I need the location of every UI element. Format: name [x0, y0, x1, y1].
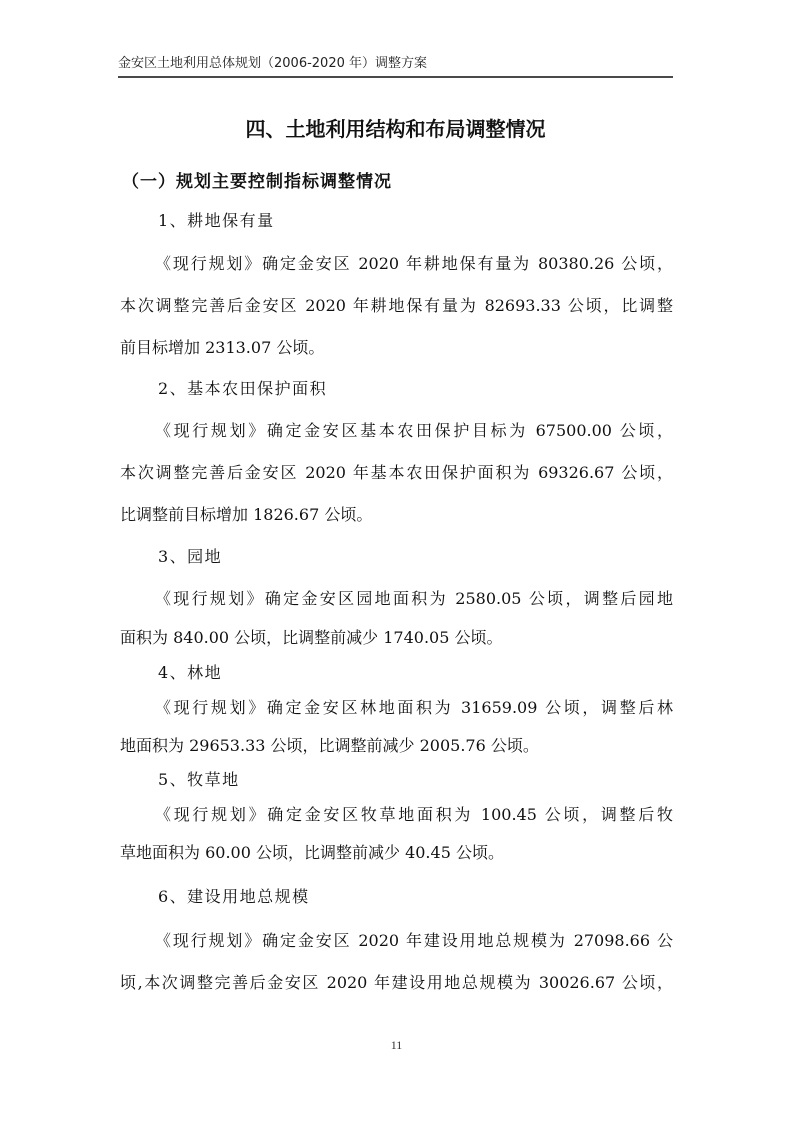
section-title: （一）规划主要控制指标调整情况	[122, 168, 392, 196]
paragraph-line: 《现行规划》确定金安区 2020 年耕地保有量为 80380.26 公顷，	[155, 251, 673, 277]
paragraph-line: 《现行规划》确定金安区林地面积为 31659.09 公顷，调整后林	[155, 695, 673, 721]
item-heading-cultivated-land: 1、耕地保有量	[158, 208, 275, 234]
running-header-title: 金安区土地利用总体规划（2006-2020 年）调整方案	[118, 56, 427, 71]
paragraph-line: 本次调整完善后金安区 2020 年基本农田保护面积为 69326.67 公顷，	[120, 460, 673, 486]
paragraph-line: 面积为 840.00 公顷，比调整前减少 1740.05 公顷。	[120, 625, 503, 651]
item-heading-basic-farmland: 2、基本农田保护面积	[158, 376, 327, 402]
paragraph-line: 《现行规划》确定金安区牧草地面积为 100.45 公顷，调整后牧	[155, 802, 673, 828]
chapter-title: 四、土地利用结构和布局调整情况	[118, 113, 673, 145]
item-heading-construction-land: 6、建设用地总规模	[158, 884, 310, 910]
paragraph-line: 顷,本次调整完善后金安区 2020 年建设用地总规模为 30026.67 公顷，	[120, 970, 673, 996]
item-heading-forest-land: 4、林地	[158, 660, 222, 686]
paragraph-line: 比调整前目标增加 1826.67 公顷。	[120, 502, 372, 528]
page-number: 11	[0, 1038, 793, 1053]
item-heading-pasture-land: 5、牧草地	[158, 767, 240, 793]
paragraph-line: 地面积为 29653.33 公顷，比调整前减少 2005.76 公顷。	[120, 733, 539, 759]
paragraph-line: 《现行规划》确定金安区园地面积为 2580.05 公顷，调整后园地	[155, 586, 673, 612]
paragraph-line: 《现行规划》确定金安区 2020 年建设用地总规模为 27098.66 公	[155, 928, 673, 954]
paragraph-line: 草地面积为 60.00 公顷，比调整前减少 40.45 公顷。	[120, 840, 504, 866]
paragraph-line: 《现行规划》确定金安区基本农田保护目标为 67500.00 公顷，	[155, 418, 673, 444]
paragraph-line: 本次调整完善后金安区 2020 年耕地保有量为 82693.33 公顷，比调整	[120, 293, 673, 319]
running-header: 金安区土地利用总体规划（2006-2020 年）调整方案	[118, 54, 673, 78]
item-heading-garden-land: 3、园地	[158, 544, 222, 570]
paragraph-line: 前目标增加 2313.07 公顷。	[120, 335, 324, 361]
